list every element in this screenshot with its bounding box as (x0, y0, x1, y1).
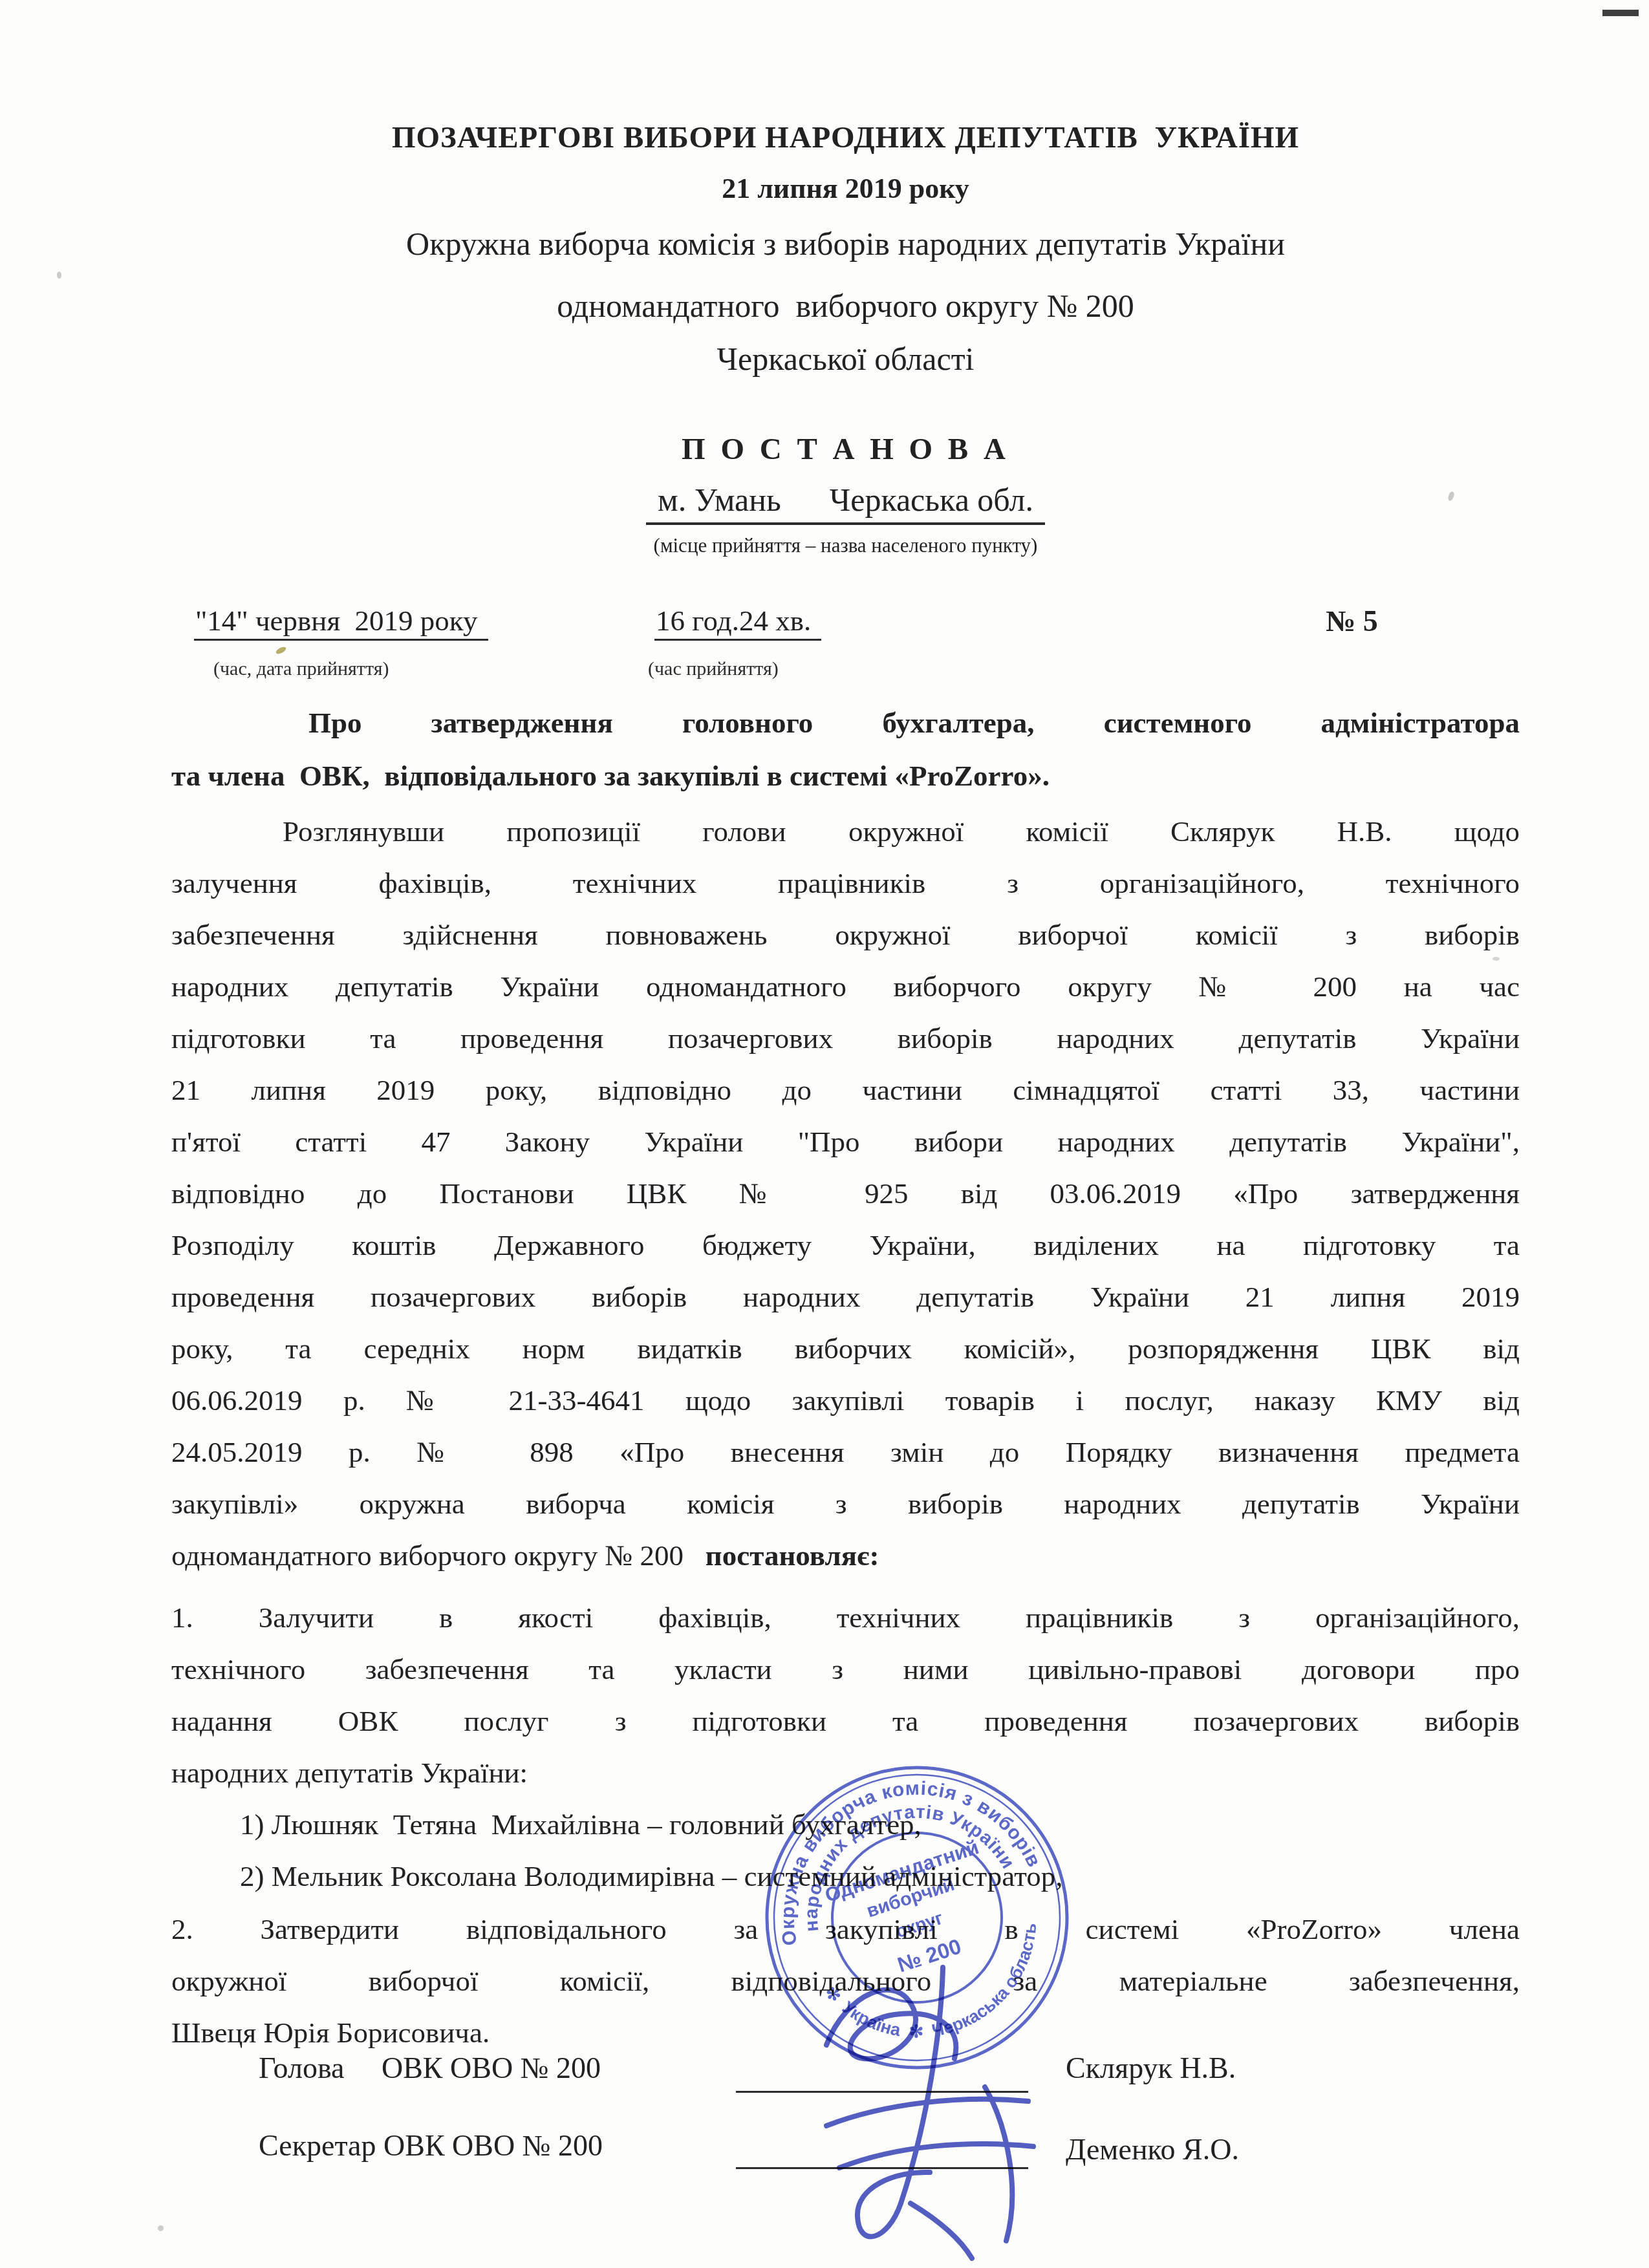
header-election-title: ПОЗАЧЕРГОВІ ВИБОРИ НАРОДНИХ ДЕПУТАТІВ УК… (171, 120, 1520, 155)
signature-stroke (911, 2203, 972, 2258)
preamble-line: Розглянувши пропозиції голови окружної к… (171, 806, 1520, 857)
place-line: м. Умань Черкаська обл. (171, 481, 1520, 525)
scan-speck (57, 272, 61, 279)
preamble-line: проведення позачергових виборів народних… (171, 1271, 1520, 1323)
signature-row-secretary: Секретар ОВК ОВО № 200 (259, 2128, 603, 2163)
scan-speck (158, 2225, 164, 2231)
header-oblast-line: Черкаської області (171, 340, 1520, 378)
resolution-number: № 5 (1326, 604, 1378, 638)
document-type-title: П О С Т А Н О В А (171, 432, 1520, 467)
item-1-line: 1. Залучити в якості фахівців, технічних… (171, 1592, 1520, 1643)
item-1-line: надання ОВК послуг з підготовки та прове… (171, 1695, 1520, 1747)
preamble-line: народних депутатів України одномандатног… (171, 961, 1520, 1012)
handwritten-signature (749, 1932, 1101, 2268)
preamble-line: закупівлі» окружна виборча комісія з виб… (171, 1478, 1520, 1530)
preamble-line: Розподілу коштів Державного бюджету Укра… (171, 1219, 1520, 1271)
preamble-line: 21 липня 2019 року, відповідно до частин… (171, 1064, 1520, 1116)
item-1-line: технічного забезпечення та укласти з ним… (171, 1643, 1520, 1695)
subject-line-1: Про затвердження головного бухгалтера, с… (171, 697, 1520, 749)
preamble-line: 24.05.2019 р. № 898 «Про внесення змін д… (171, 1426, 1520, 1478)
signature-stroke (839, 2144, 1033, 2168)
subject-line-2: та члена ОВК, відповідального за закупів… (171, 750, 1520, 802)
place-note: (місце прийняття – назва населеного пунк… (171, 534, 1520, 557)
header-commission-name: Окружна виборча комісія з виборів народн… (171, 225, 1520, 262)
date-value: "14" червня 2019 року (194, 604, 488, 637)
preamble-line: відповідно до Постанови ЦВК № 925 від 03… (171, 1168, 1520, 1219)
date-note: (час, дата прийняття) (213, 658, 389, 680)
preamble-last-line: одномандатного виборчого округу № 200 по… (171, 1530, 1520, 1581)
resolves-keyword: постановляє: (706, 1539, 879, 1572)
time-note: (час прийняття) (648, 658, 779, 680)
scan-artifact-bar (1602, 10, 1639, 16)
preamble-paragraph: Розглянувши пропозиції голови окружної к… (171, 806, 1520, 1581)
preamble-line: підготовки та проведення позачергових ви… (171, 1012, 1520, 1064)
document-page: ПОЗАЧЕРГОВІ ВИБОРИ НАРОДНИХ ДЕПУТАТІВ УК… (0, 0, 1649, 2268)
preamble-line: забезпечення здійснення повноважень окру… (171, 909, 1520, 961)
signature-stroke (985, 2087, 1012, 2241)
time-value: 16 год.24 хв. (654, 604, 821, 637)
preamble-line: 06.06.2019 р. № 21-33-4641 щодо закупівл… (171, 1375, 1520, 1426)
preamble-line: року, та середніх норм видатків виборчих… (171, 1323, 1520, 1375)
preamble-last-text: одномандатного виборчого округу № 200 (171, 1539, 706, 1572)
scan-speck (275, 645, 287, 655)
header-district-line: одномандатного виборчого округу № 200 (171, 287, 1520, 325)
preamble-line: п'ятої статті 47 Закону України "Про виб… (171, 1116, 1520, 1168)
place-value: м. Умань Черкаська обл. (646, 481, 1045, 525)
preamble-line: залучення фахівців, технічних працівникі… (171, 857, 1520, 909)
signature-row-head: Голова ОВК ОВО № 200 (259, 2051, 601, 2085)
header-election-date: 21 липня 2019 року (171, 172, 1520, 205)
